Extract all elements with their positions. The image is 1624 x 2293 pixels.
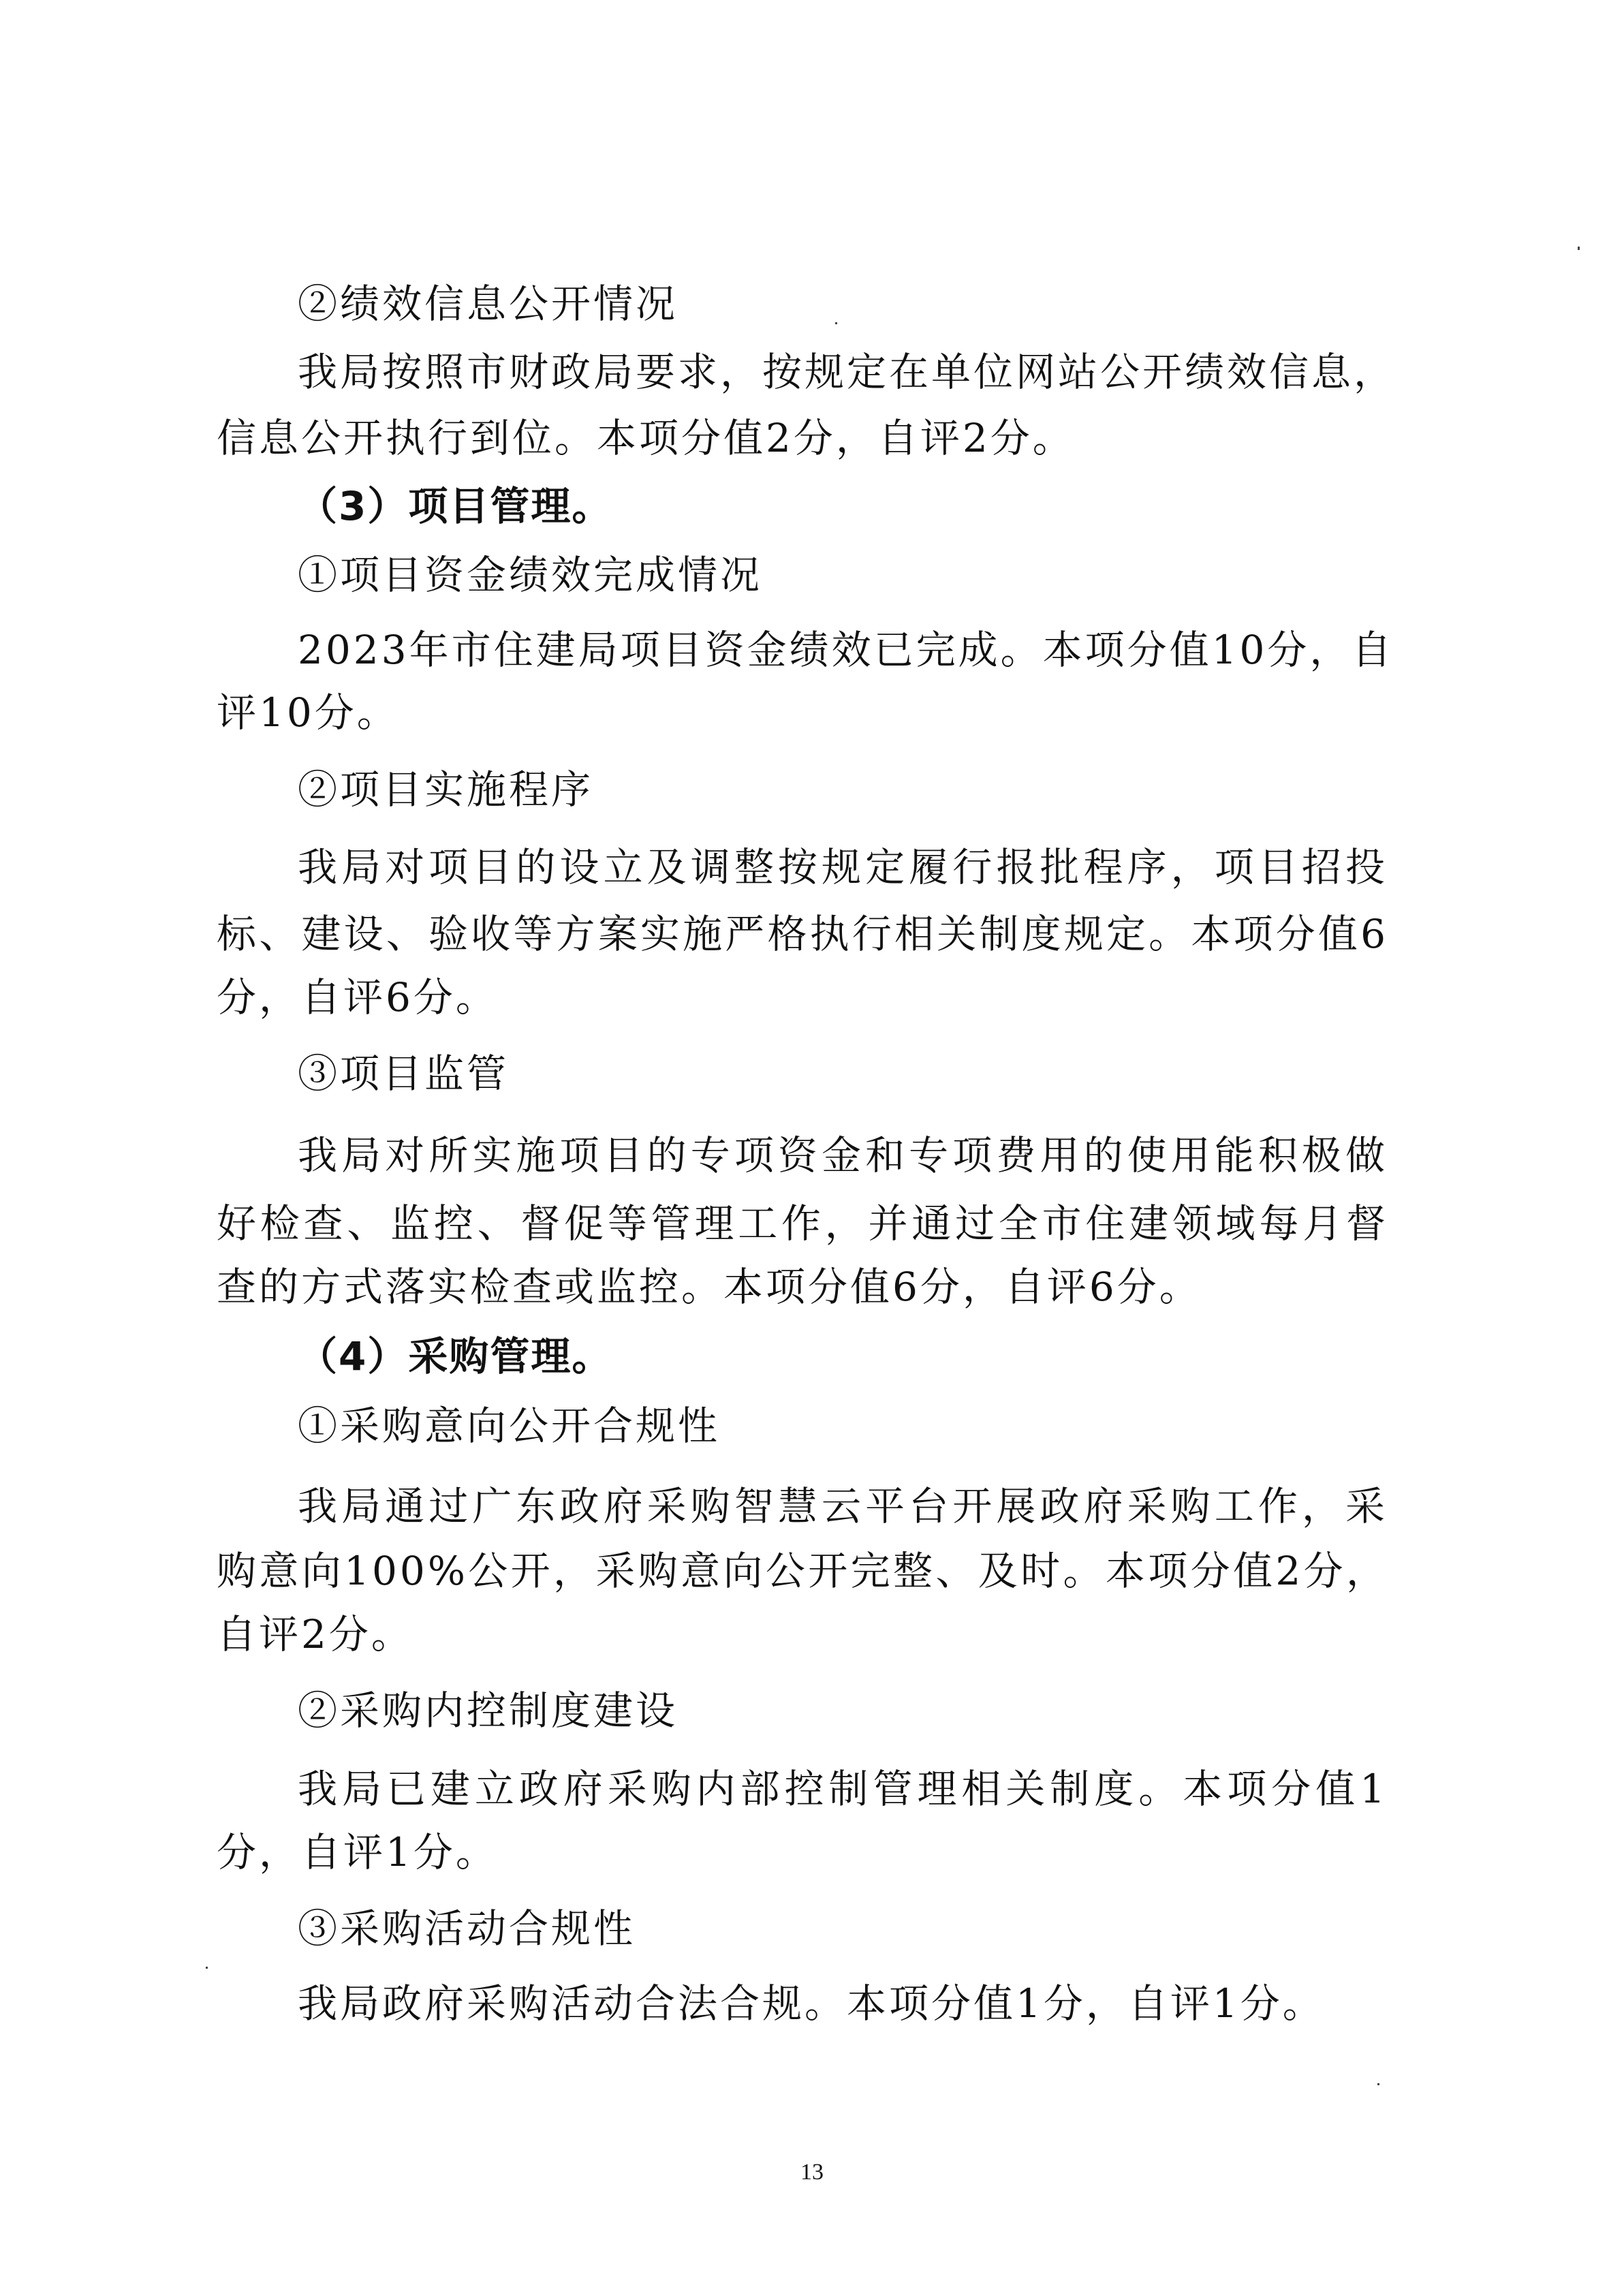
paragraph-line: 标、建设、验收等方案实施严格执行相关制度规定。本项分值6: [217, 909, 1388, 958]
section-heading-project-management: （3）项目管理。: [298, 482, 1388, 531]
section-heading-procurement-management: （4）采购管理。: [298, 1332, 1388, 1381]
scan-speck: [835, 322, 837, 324]
paragraph-line: 分，自评6分。: [217, 973, 1388, 1022]
paragraph-line: 自评2分。: [217, 1610, 1388, 1659]
paragraph-line: 我局通过广东政府采购智慧云平台开展政府采购工作，采: [298, 1482, 1388, 1531]
paragraph-line: 购意向100%公开，采购意向公开完整、及时。本项分值2分，: [217, 1546, 1388, 1595]
paragraph-line: 好检查、监控、督促等管理工作，并通过全市住建领域每月督: [217, 1199, 1388, 1248]
subheading-project-implementation: ②项目实施程序: [298, 765, 1388, 814]
paragraph-line: 我局政府采购活动合法合规。本项分值1分，自评1分。: [298, 1979, 1388, 2028]
paragraph-line: 我局对项目的设立及调整按规定履行报批程序，项目招投: [298, 843, 1388, 892]
paragraph-line: 我局对所实施项目的专项资金和专项费用的使用能积极做: [298, 1131, 1388, 1180]
subheading-procurement-intent-disclosure: ①采购意向公开合规性: [298, 1401, 1388, 1450]
subheading-performance-info-disclosure: ②绩效信息公开情况: [298, 279, 1388, 328]
document-page: ②绩效信息公开情况 我局按照市财政局要求，按规定在单位网站公开绩效信息， 信息公…: [0, 0, 1624, 2293]
scan-speck: [1578, 247, 1580, 250]
subheading-project-supervision: ③项目监管: [298, 1049, 1388, 1098]
paragraph-line: 查的方式落实检查或监控。本项分值6分，自评6分。: [217, 1262, 1388, 1311]
paragraph-line: 评10分。: [217, 688, 1388, 737]
subheading-procurement-activity-compliance: ③采购活动合规性: [298, 1904, 1388, 1953]
subheading-project-fund-performance: ①项目资金绩效完成情况: [298, 550, 1388, 599]
paragraph-line: 信息公开执行到位。本项分值2分，自评2分。: [217, 414, 1388, 463]
paragraph-line: 我局按照市财政局要求，按规定在单位网站公开绩效信息，: [298, 347, 1388, 396]
paragraph-line: 分，自评1分。: [217, 1828, 1388, 1877]
paragraph-line: 2023年市住建局项目资金绩效已完成。本项分值10分，自: [298, 625, 1388, 674]
scan-speck: [1377, 2083, 1379, 2085]
subheading-procurement-internal-control: ②采购内控制度建设: [298, 1686, 1388, 1735]
paragraph-line: 我局已建立政府采购内部控制管理相关制度。本项分值1: [298, 1764, 1388, 1813]
scan-speck: [206, 1967, 208, 1969]
page-number: 13: [0, 2159, 1624, 2185]
